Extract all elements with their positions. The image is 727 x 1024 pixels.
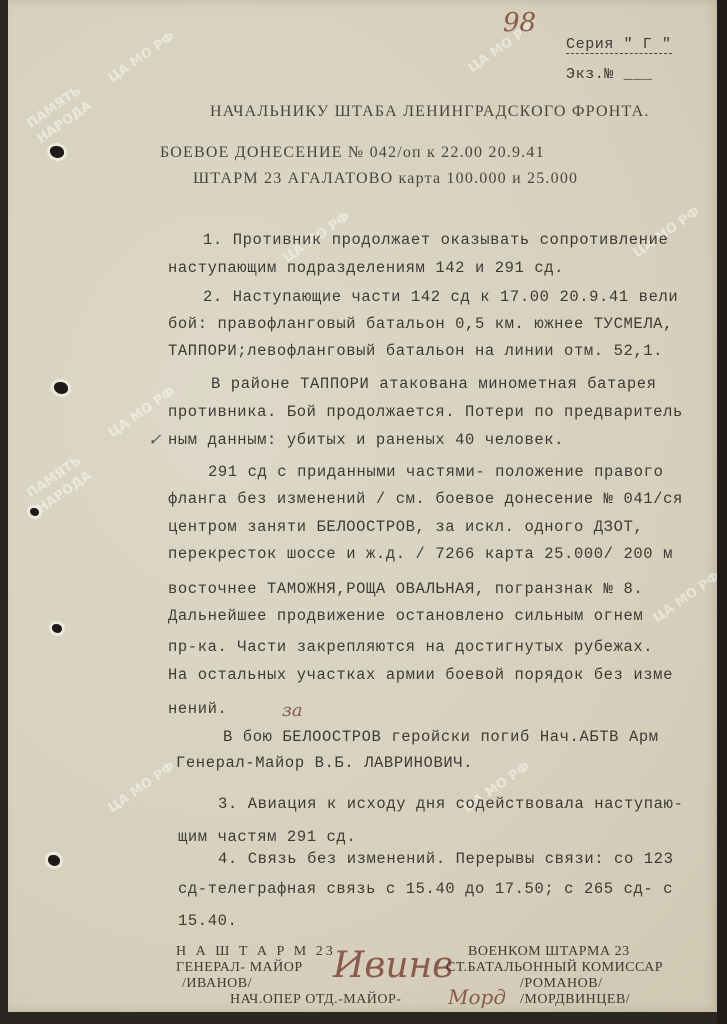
body-line: 2. Наступающие части 142 сд к 17.00 20.9… [203,288,678,306]
punch-hole [50,146,64,158]
punch-hole [52,624,62,633]
signature-bottom-title: НАЧ.ОПЕР ОТД.-МАЙОР- [230,992,401,1008]
body-line: Генерал-Майор В.Б. ЛАВРИНОВИЧ. [176,754,473,772]
body-line: наступающим подразделениям 142 и 291 сд. [168,259,564,277]
punch-hole [48,855,60,866]
signature-right-rank: СТ.БАТАЛЬОННЫЙ КОМИССАР [446,960,663,976]
signature-left-rank: ГЕНЕРАЛ- МАЙОР [176,960,303,976]
body-line: 15.40. [178,912,237,930]
signature-left-name: /ИВАНОВ/ [182,976,252,992]
watermark-archive: ЦА МО РФ [651,569,723,626]
body-line: Дальнейшее продвижение остановлено сильн… [168,607,643,625]
report-subtitle: ШТАРМ 23 АГАЛАТОВО карта 100.000 и 25.00… [193,170,578,188]
signature-left-title: Н А Ш Т А Р М 23 [176,944,336,960]
body-line: центром заняти БЕЛООСТРОВ, за искл. одно… [168,518,643,536]
watermark-archive: ЦА МО РФ [106,29,178,86]
body-line: противника. Бой продолжается. Потери по … [168,403,683,421]
body-line: В районе ТАППОРИ атакована минометная ба… [211,375,657,393]
body-line: щим частям 291 сд. [178,828,356,846]
body-line: 4. Связь без изменений. Перерывы связи: … [218,850,673,868]
body-line: перекресток шоссе и ж.д. / 7266 карта 25… [168,545,673,563]
body-line: сд-телеграфная связь с 15.40 до 17.50; с… [178,880,673,898]
signature-bottom-handwritten: Морд [448,985,506,1009]
body-line: пр-ка. Части закрепляются на достигнутых… [168,638,653,656]
series-label: Серия " Г " [566,36,672,54]
signature-right-name: /РОМАНОВ/ [520,976,602,992]
body-line: ТАППОРИ;левофланговый батальон на линии … [168,342,663,360]
punch-hole [30,508,39,516]
body-line: бой: правофланговый батальон 0,5 км. южн… [168,315,673,333]
copy-number-label: Экз.№ ___ [566,66,652,83]
handwritten-page-number: 98 [503,8,536,38]
body-line: В бою БЕЛООСТРОВ геройски погиб Нач.АБТВ… [223,728,659,746]
body-line: фланга без изменений / см. боевое донесе… [168,490,683,508]
body-line: восточнее ТАМОЖНЯ,РОЩА ОВАЛЬНАЯ, погранз… [168,580,643,598]
page-edge-shadow [717,0,727,1024]
document-page: ЦА МО РФ ЦА МО РФ ПАМЯТЬ НАРОДА ЦА МО РФ… [8,0,721,1012]
signature-right-title: ВОЕНКОМ ШТАРМА 23 [468,944,630,960]
handwritten-insert: за [282,700,303,721]
body-line: На остальных участках армии боевой поряд… [168,666,673,684]
watermark-archive: ЦА МО РФ [106,759,178,816]
body-line: 291 сд с приданными частями- положение п… [208,463,663,481]
body-line: ным данным: убитых и раненых 40 человек. [168,431,564,449]
body-line: нений. [168,700,227,718]
check-mark-icon: ✓ [148,430,161,449]
body-line: 3. Авиация к исходу дня содействовала на… [218,795,683,813]
punch-hole [54,382,68,394]
addressee: НАЧАЛЬНИКУ ШТАБА ЛЕНИНГРАДСКОГО ФРОНТА. [210,103,650,121]
body-line: 1. Противник продолжает оказывать сопрот… [203,231,668,249]
signature-left-handwritten: Ивинв [333,945,453,986]
report-title: БОЕВОЕ ДОНЕСЕНИЕ № 042/оп к 22.00 20.9.4… [160,144,545,162]
signature-bottom-name: /МОРДВИНЦЕВ/ [520,992,630,1008]
